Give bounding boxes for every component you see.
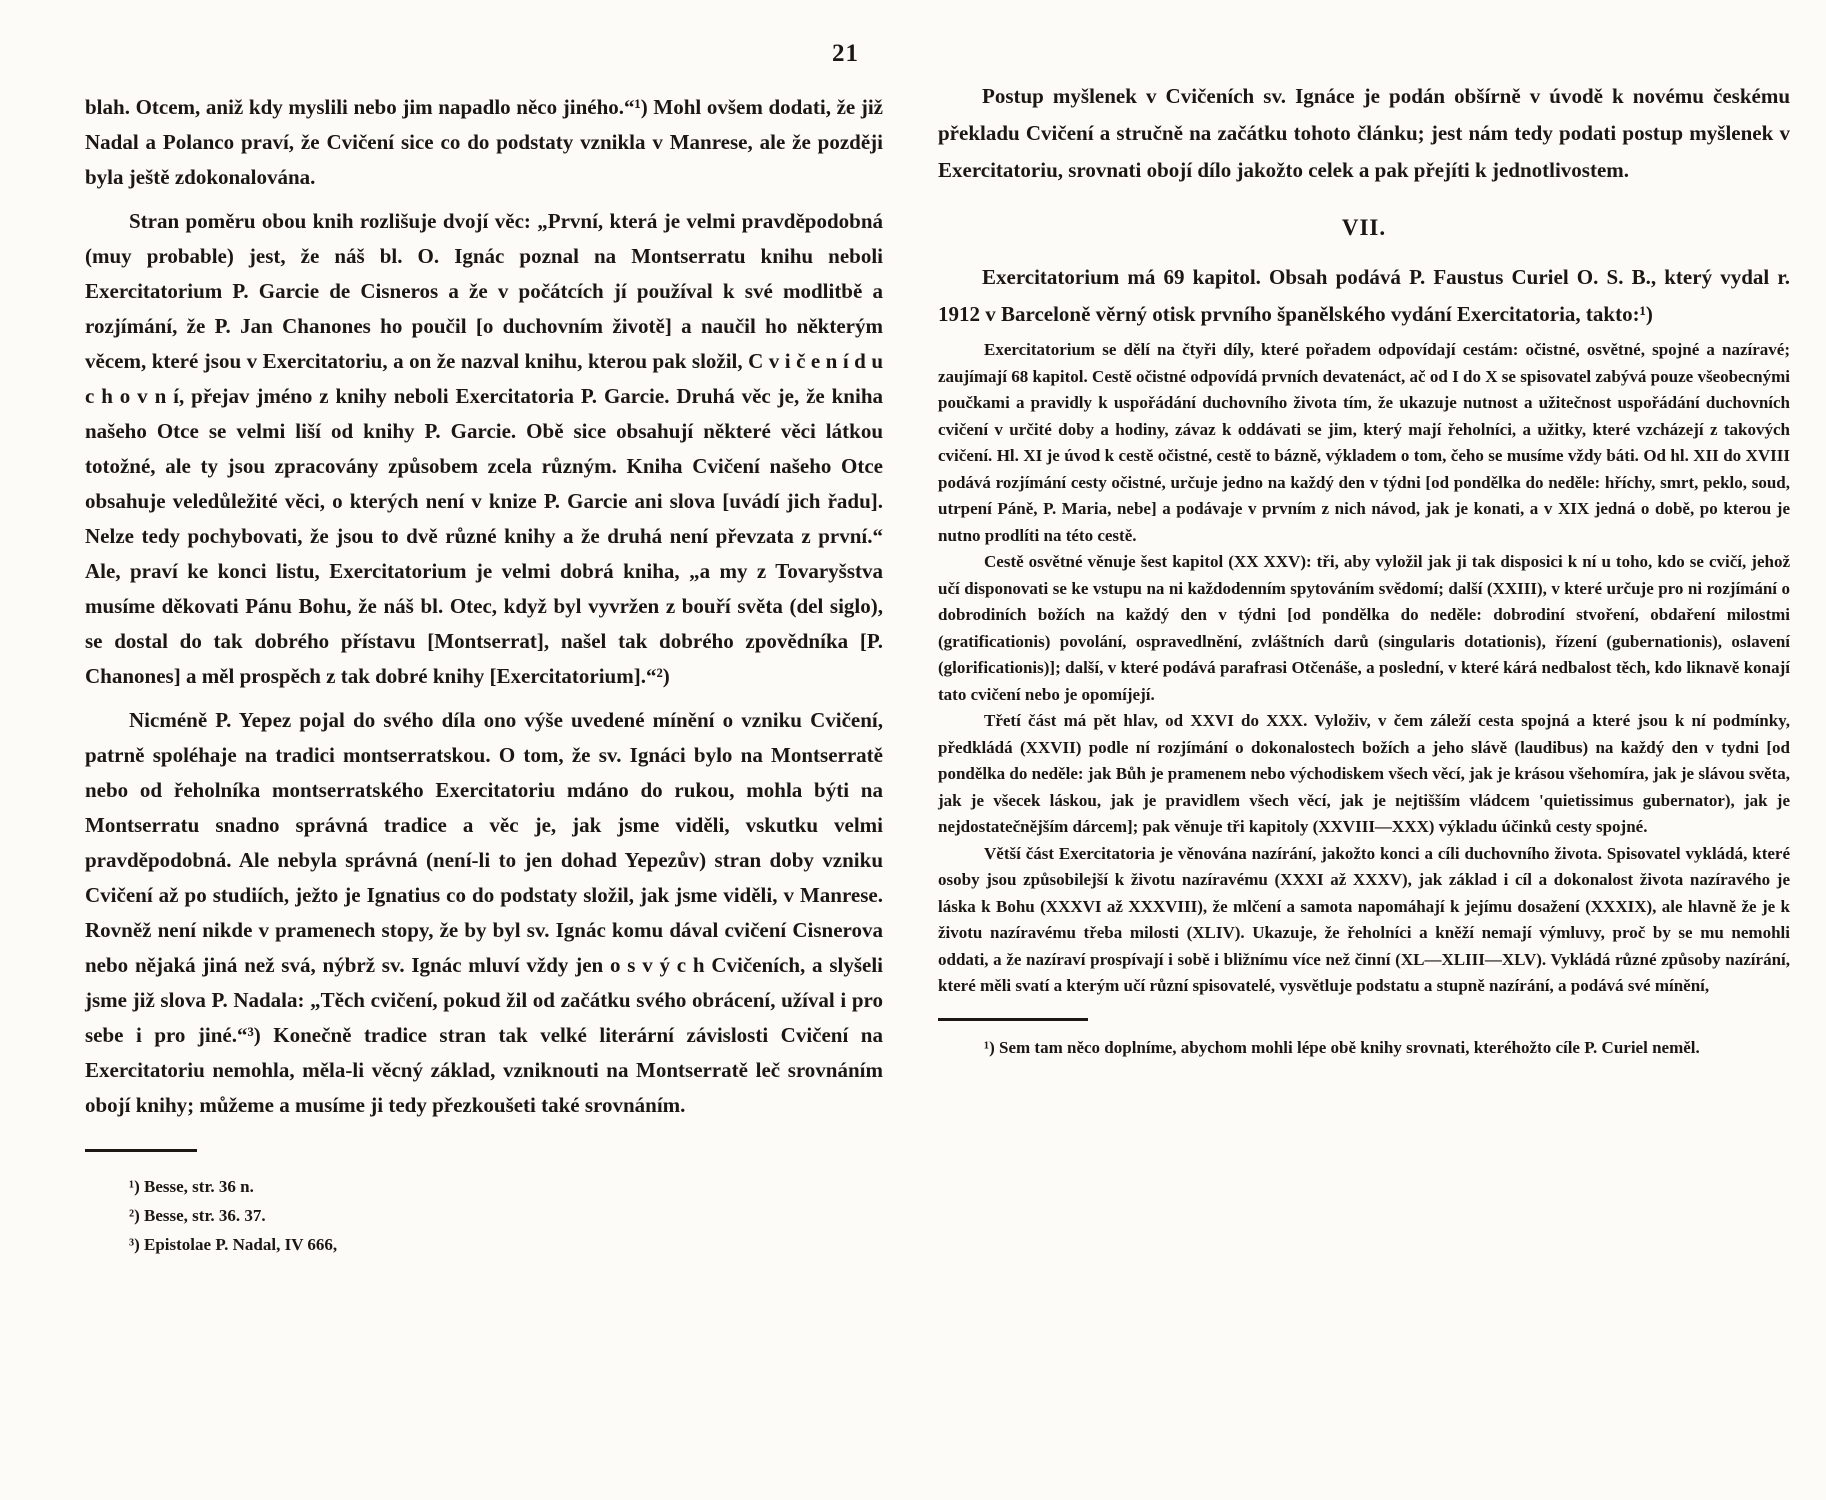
footnote-rule — [85, 1149, 197, 1152]
paragraph: Stran poměru obou knih rozlišuje dvojí v… — [85, 204, 883, 694]
paragraph-small: Třetí část má pět hlav, od XXVI do XXX. … — [938, 708, 1790, 841]
footnote: ³) Epistolae P. Nadal, IV 666, — [85, 1230, 883, 1259]
paragraph-small: Větší část Exercitatoria je věnována naz… — [938, 841, 1790, 1000]
paragraph: Nicméně P. Yepez pojal do svého díla ono… — [85, 703, 883, 1123]
paragraph: Postup myšlenek v Cvičeních sv. Ignáce j… — [938, 78, 1790, 189]
paragraph: Exercitatorium má 69 kapitol. Obsah podá… — [938, 259, 1790, 333]
footnote: ¹) Besse, str. 36 n. — [85, 1172, 883, 1201]
page-number: 21 — [832, 40, 859, 68]
footnote: ²) Besse, str. 36. 37. — [85, 1201, 883, 1230]
section-heading: VII. — [938, 215, 1790, 241]
footnote-rule — [938, 1018, 1088, 1021]
paragraph-small: Cestě osvětné věnuje šest kapitol (XX XX… — [938, 549, 1790, 708]
scanned-book-page: 21 blah. Otcem, aniž kdy myslili nebo ji… — [0, 0, 1826, 1500]
paragraph-continuation: blah. Otcem, aniž kdy myslili nebo jim n… — [85, 90, 883, 195]
paragraph-small: Exercitatorium se dělí na čtyři díly, kt… — [938, 337, 1790, 549]
footnote: ¹) Sem tam něco doplníme, abychom mohli … — [938, 1033, 1790, 1062]
left-column: blah. Otcem, aniž kdy myslili nebo jim n… — [85, 90, 883, 1259]
right-column: Postup myšlenek v Cvičeních sv. Ignáce j… — [938, 78, 1790, 1062]
